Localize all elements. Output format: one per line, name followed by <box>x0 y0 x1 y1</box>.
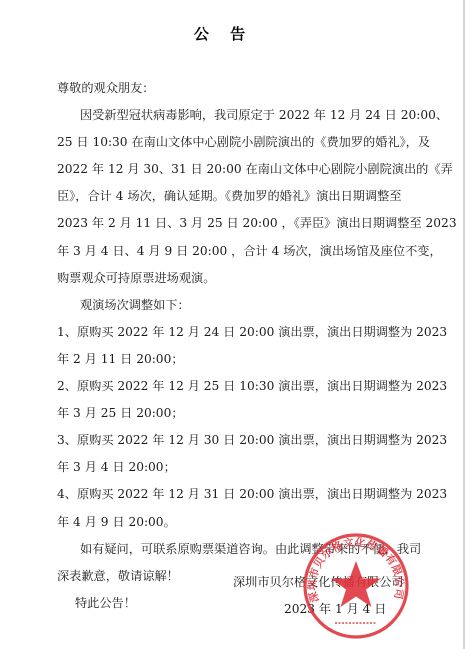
schedule-item-line: 3、原购买 2022 年 12 月 30 日 20:00 演出票，演出日期调整为… <box>57 427 407 454</box>
schedule-item-line: 年 4 月 9 日 20:00。 <box>57 509 407 536</box>
signature-block: 深圳市贝尔格文化传播有限公司 2023 年 1 月 4 日 <box>233 569 404 623</box>
schedule-item: 3、原购买 2022 年 12 月 30 日 20:00 演出票，演出日期调整为… <box>57 427 407 481</box>
paragraph-line: 购票观众可持原票进场观演。 <box>57 265 407 292</box>
paragraph-line: 因受新型冠状病毒影响，我司原定于 2022 年 12 月 24 日 20:00、 <box>57 102 407 129</box>
notice-date: 2023 年 1 月 4 日 <box>233 596 404 623</box>
schedule-item: 4、原购买 2022 年 12 月 31 日 20:00 演出票，演出日期调整为… <box>57 481 407 535</box>
schedule-item-line: 4、原购买 2022 年 12 月 31 日 20:00 演出票，演出日期调整为… <box>57 481 407 508</box>
schedule-item-line: 年 3 月 25 日 20:00； <box>57 400 407 427</box>
notice-body: 尊敬的观众朋友： 因受新型冠状病毒影响，我司原定于 2022 年 12 月 24… <box>57 75 407 617</box>
schedule-item-line: 年 2 月 11 日 20:00； <box>57 346 407 373</box>
paragraph-line: 2023 年 2 月 11 日、3 月 25 日 20:00 ，《弄臣》演出日期… <box>57 210 407 237</box>
company-name: 深圳市贝尔格文化传播有限公司 <box>233 569 404 596</box>
schedule-list: 1、原购买 2022 年 12 月 24 日 20:00 演出票，演出日期调整为… <box>57 319 407 536</box>
schedule-item-line: 2、原购买 2022 年 12 月 25 日 10:30 演出票，演出日期调整为… <box>57 373 407 400</box>
paragraph-postponement: 因受新型冠状病毒影响，我司原定于 2022 年 12 月 24 日 20:00、… <box>57 102 407 292</box>
schedule-item: 2、原购买 2022 年 12 月 25 日 10:30 演出票，演出日期调整为… <box>57 373 407 427</box>
paragraph-line: 2022 年 12 月 30、31 日 20:00 在南山文体中心剧院小剧院演出… <box>57 156 407 183</box>
schedule-heading: 观演场次调整如下： <box>57 292 407 319</box>
schedule-item-line: 1、原购买 2022 年 12 月 24 日 20:00 演出票，演出日期调整为… <box>57 319 407 346</box>
notice-title: 公 告 <box>0 23 447 44</box>
paragraph-line: 25 日 10:30 在南山文体中心剧院小剧院演出的《费加罗的婚礼》，及 <box>57 129 407 156</box>
schedule-item-line: 年 3 月 4 日 20:00； <box>57 454 407 481</box>
closing-line: 如有疑问，可联系原购票渠道咨询。由此调整带来的不便，我司 <box>57 536 407 563</box>
schedule-item: 1、原购买 2022 年 12 月 24 日 20:00 演出票，演出日期调整为… <box>57 319 407 373</box>
salutation: 尊敬的观众朋友： <box>57 75 407 102</box>
paragraph-line: 臣》，合计 4 场次，确认延期。《费加罗的婚礼》演出日期调整至 <box>57 183 407 210</box>
paragraph-line: 年 3 月 4 日、4 月 9 日 20:00 ，合计 4 场次，演出场馆及座位… <box>57 238 407 265</box>
